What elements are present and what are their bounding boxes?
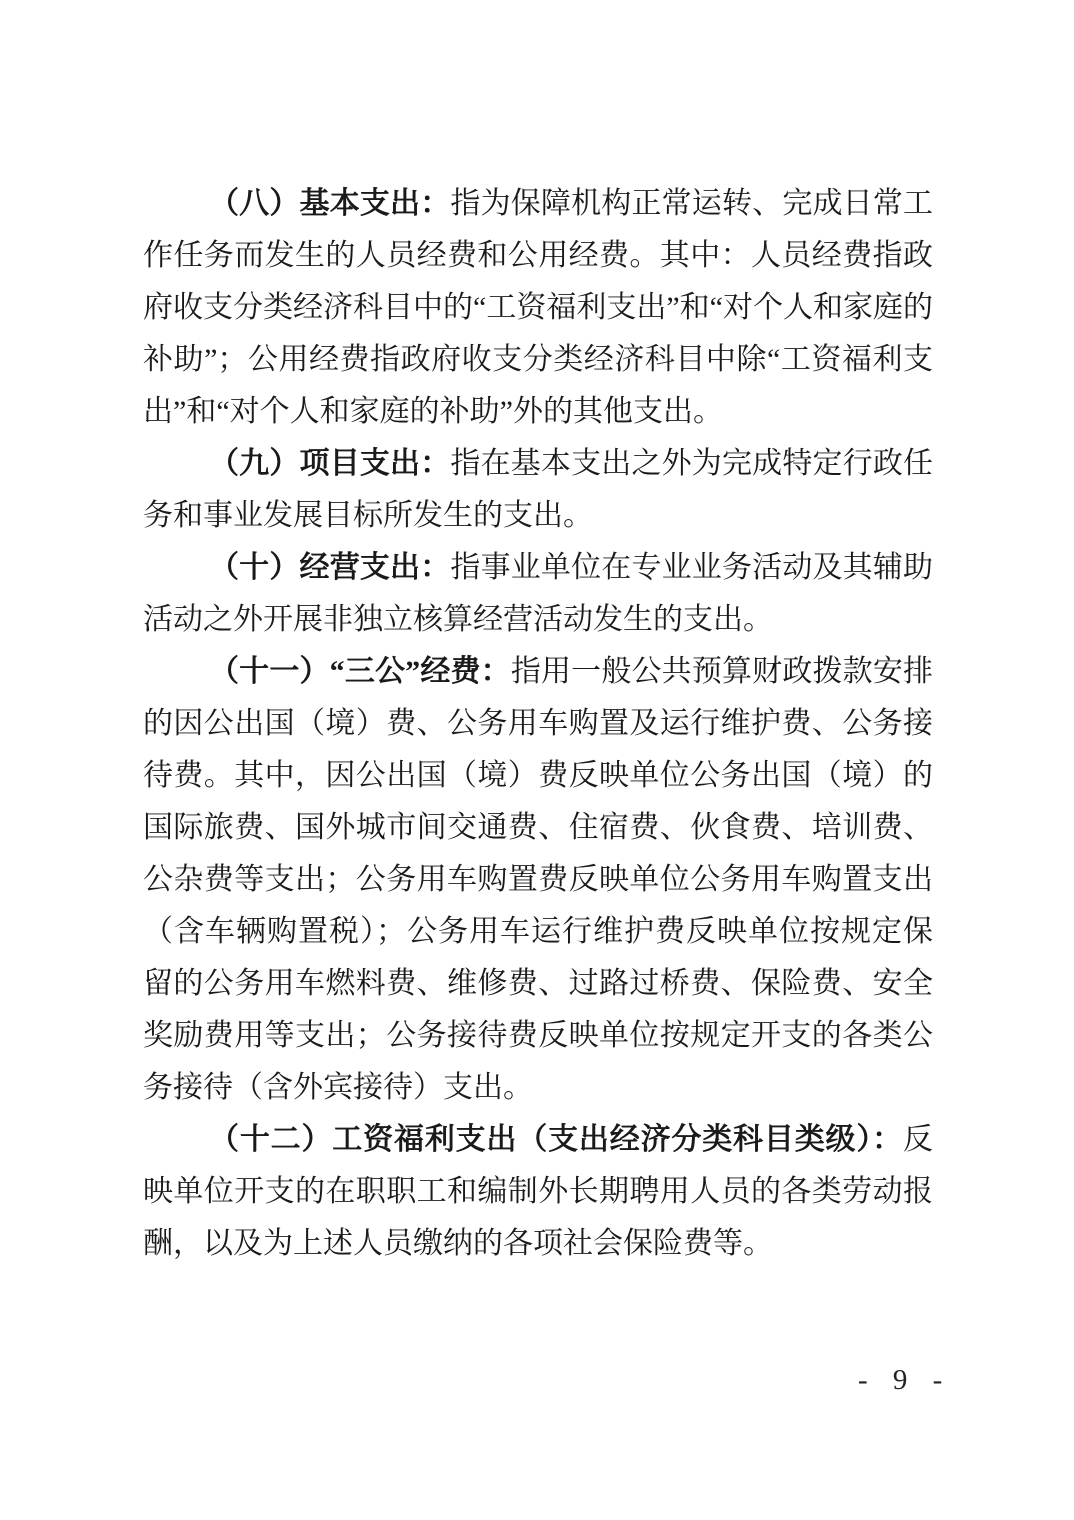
paragraph-item-11: （十一）“三公”经费：指用一般公共预算财政拨款安排的因公出国（境）费、公务用车购… [143, 646, 933, 1114]
paragraph-text: 指用一般公共预算财政拨款安排的因公出国（境）费、公务用车购置及运行维护费、公务接… [143, 655, 933, 1104]
paragraph-item-12: （十二）工资福利支出（支出经济分类科目类级）：反映单位开支的在职职工和编制外长期… [143, 1114, 933, 1270]
paragraph-heading: （十二）工资福利支出（支出经济分类科目类级）： [209, 1123, 903, 1156]
paragraph-item-9: （九）项目支出：指在基本支出之外为完成特定行政任务和事业发展目标所发生的支出。 [143, 438, 933, 542]
paragraph-heading: （九）项目支出： [209, 447, 450, 480]
paragraph-heading: （十一）“三公”经费： [209, 655, 511, 688]
document-page: （八）基本支出：指为保障机构正常运转、完成日常工作任务而发生的人员经费和公用经费… [0, 0, 1074, 1520]
paragraph-item-8: （八）基本支出：指为保障机构正常运转、完成日常工作任务而发生的人员经费和公用经费… [143, 178, 933, 438]
paragraph-item-10: （十）经营支出：指事业单位在专业业务活动及其辅助活动之外开展非独立核算经营活动发… [143, 542, 933, 646]
document-body: （八）基本支出：指为保障机构正常运转、完成日常工作任务而发生的人员经费和公用经费… [143, 178, 933, 1270]
paragraph-text: 指为保障机构正常运转、完成日常工作任务而发生的人员经费和公用经费。其中：人员经费… [143, 187, 933, 428]
paragraph-heading: （八）基本支出： [209, 187, 450, 220]
paragraph-heading: （十）经营支出： [209, 551, 450, 584]
page-number: - 9 - [858, 1362, 951, 1398]
